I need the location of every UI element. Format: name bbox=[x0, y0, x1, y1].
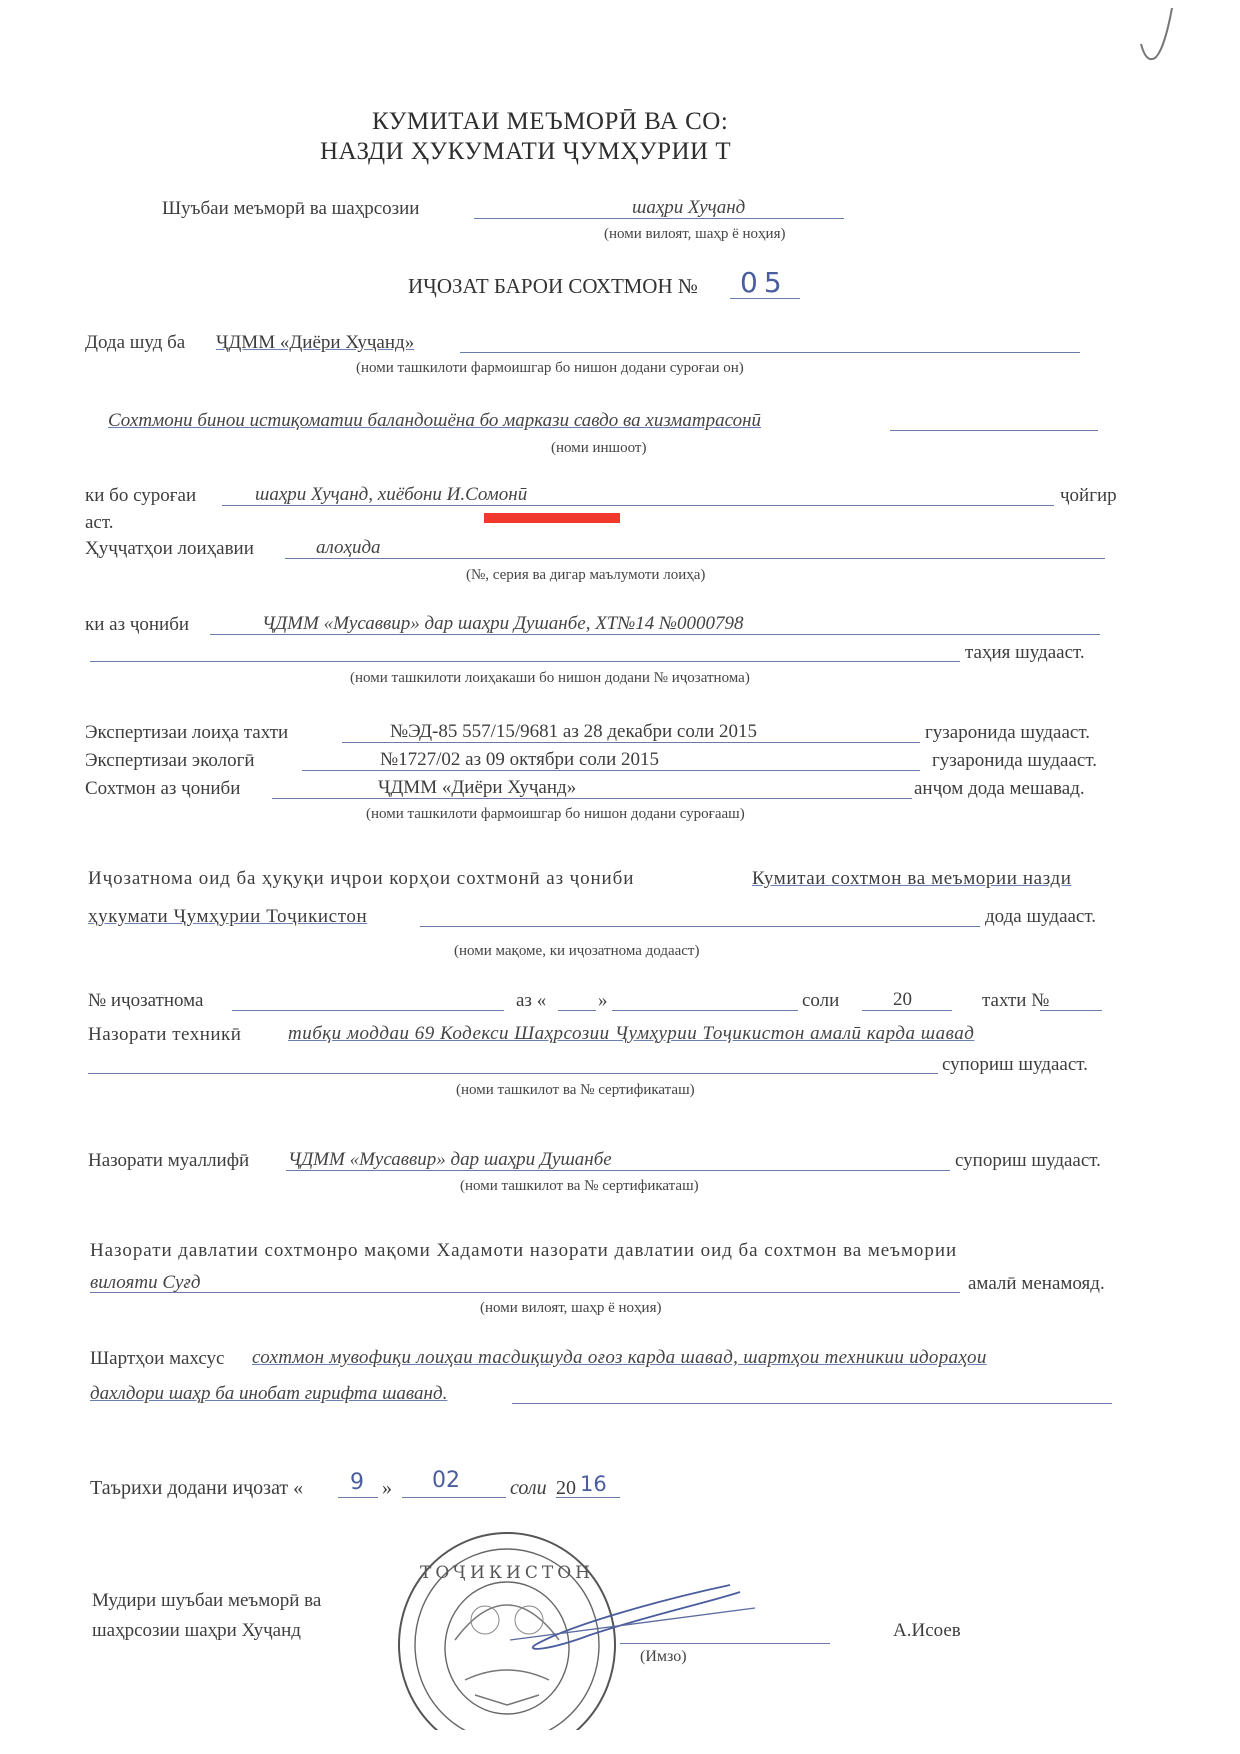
license-no-label: № иҷозатнома bbox=[88, 990, 203, 1012]
special-conditions-value-1: сохтмон мувофиқи лоиҳаи тасдиқшуда оғоз … bbox=[252, 1347, 987, 1369]
tech-supervision-caption: (номи ташкилот ва № сертификаташ) bbox=[456, 1082, 695, 1099]
redaction-bar bbox=[484, 513, 620, 523]
issue-date-close: » bbox=[382, 1477, 392, 1500]
state-supervision-text: Назорати давлатии сохтмонро мақоми Хадам… bbox=[90, 1240, 957, 1262]
license-no-year-value: 20 bbox=[893, 989, 912, 1011]
issue-date-day: 9 bbox=[350, 1470, 364, 1495]
signatory-title-2: шаҳрсозии шаҳри Хуҷанд bbox=[92, 1620, 301, 1642]
license-no-reg-label: тахти № bbox=[982, 990, 1049, 1012]
signature-caption: (Имзо) bbox=[640, 1648, 687, 1666]
signature-scribble-icon bbox=[480, 1580, 760, 1660]
author-supervision-caption: (номи ташкилот ва № сертификаташ) bbox=[460, 1178, 699, 1195]
department-caption: (номи вилоят, шаҳр ё ноҳия) bbox=[604, 226, 785, 243]
special-conditions-label: Шартҳои махсус bbox=[90, 1348, 224, 1370]
tech-supervision-suffix: супориш шудааст. bbox=[942, 1054, 1088, 1076]
address-value: шаҳри Хуҷанд, хиёбони И.Сомонӣ bbox=[255, 484, 527, 506]
expertise-eco-label: Экспертизаи экологӣ bbox=[85, 750, 255, 772]
author-supervision-suffix: супориш шудааст. bbox=[955, 1150, 1101, 1172]
license-caption: (номи мақоме, ки иҷозатнома додааст) bbox=[454, 943, 700, 960]
issue-date-year-label: соли bbox=[510, 1477, 547, 1500]
tech-supervision-value: тибқи моддаи 69 Кодекси Шаҳрсозии Ҷумҳур… bbox=[288, 1023, 974, 1045]
license-value-1: Кумитаи сохтмон ва меъмории назди bbox=[752, 868, 1072, 890]
designer-value: ҶДММ «Мусаввир» дар шаҳри Душанбе, ХТ№14… bbox=[262, 613, 743, 635]
builder-suffix: анҷом дода мешавад. bbox=[914, 778, 1085, 800]
header-line-2: НАЗДИ ҲУКУМАТИ ҶУМҲУРИИ Т bbox=[320, 138, 731, 166]
license-text: Иҷозатнома оид ба ҳуқуқи иҷрои корҳои со… bbox=[88, 868, 634, 890]
builder-value: ҶДММ «Диёри Хуҷанд» bbox=[378, 777, 576, 799]
project-docs-value: алоҳида bbox=[316, 537, 381, 559]
license-suffix: дода шудааст. bbox=[985, 906, 1096, 928]
permit-title-text: ИҶОЗАТ БАРОИ СОХТМОН № bbox=[408, 274, 698, 298]
address-suffix-2: аст. bbox=[85, 512, 114, 534]
project-docs-caption: (№, серия ва дигар маълумоти лоиҳа) bbox=[466, 567, 705, 584]
department-label: Шуъбаи меъморӣ ва шаҳрсозии bbox=[162, 198, 419, 220]
permit-title: ИҶОЗАТ БАРОИ СОХТМОН № bbox=[408, 274, 698, 299]
builder-caption: (номи ташкилоти фармоишгар бо нишон дода… bbox=[366, 806, 745, 823]
author-supervision-label: Назорати муаллифӣ bbox=[88, 1150, 249, 1172]
designer-caption: (номи ташкилоти лоиҳакаши бо нишон додан… bbox=[350, 670, 750, 687]
state-supervision-value: вилояти Суғд bbox=[90, 1272, 200, 1294]
license-no-year-label: соли bbox=[802, 990, 839, 1012]
license-value-2: ҳукумати Ҷумҳурии Тоҷикистон bbox=[88, 906, 367, 928]
issued-to-label: Дода шуд ба bbox=[85, 332, 185, 354]
tech-supervision-label: Назорати техникӣ bbox=[88, 1024, 241, 1046]
issue-date-label: Таърихи додани иҷозат « bbox=[90, 1477, 303, 1500]
designer-suffix: таҳия шудааст. bbox=[965, 642, 1085, 664]
expertise-project-label: Экспертизаи лоиҳа тахти bbox=[85, 722, 288, 744]
license-no-from: аз « bbox=[516, 990, 546, 1012]
signatory-name: А.Исоев bbox=[893, 1620, 961, 1642]
issue-date-month: 02 bbox=[432, 1468, 460, 1493]
designer-label: ки аз ҷониби bbox=[85, 614, 189, 636]
state-supervision-caption: (номи вилоят, шаҳр ё ноҳия) bbox=[480, 1300, 661, 1317]
builder-label: Сохтмон аз ҷониби bbox=[85, 778, 240, 800]
state-supervision-suffix: амалӣ менамояд. bbox=[968, 1273, 1105, 1295]
signatory-title-1: Мудири шуъбаи меъморӣ ва bbox=[92, 1590, 321, 1612]
department-value: шаҳри Хуҷанд bbox=[632, 197, 745, 219]
expertise-eco-value: №1727/02 аз 09 октябри соли 2015 bbox=[380, 749, 659, 771]
license-no-close: » bbox=[598, 990, 608, 1012]
author-supervision-value: ҶДММ «Мусаввир» дар шаҳри Душанбе bbox=[288, 1149, 612, 1171]
special-conditions-value-2: дахлдори шаҳр ба инобат гирифта шаванд. bbox=[90, 1383, 447, 1405]
issued-to-caption: (номи ташкилоти фармоишгар бо нишон дода… bbox=[356, 360, 744, 377]
object-caption: (номи иншоот) bbox=[551, 440, 646, 457]
expertise-eco-suffix: гузаронида шудааст. bbox=[932, 750, 1097, 772]
address-label: ки бо суроғаи bbox=[85, 485, 196, 507]
project-docs-label: Ҳуҷҷатҳои лоиҳавии bbox=[85, 538, 254, 560]
header-line-1: КУМИТАИ МЕЪМОРӢ ВА СО: bbox=[372, 108, 728, 136]
permit-number: 05 bbox=[740, 266, 788, 299]
object-value: Сохтмони бинои истиқоматии баландошёна б… bbox=[108, 410, 761, 432]
expertise-project-suffix: гузаронида шудааст. bbox=[925, 722, 1090, 744]
check-mark-icon bbox=[1130, 0, 1210, 70]
expertise-project-value: №ЭД-85 557/15/9681 аз 28 декабри соли 20… bbox=[390, 721, 757, 743]
address-suffix: ҷойгир bbox=[1060, 485, 1117, 507]
issued-to-value: ҶДММ «Диёри Хуҷанд» bbox=[216, 332, 414, 354]
issue-date-year-hand: 16 bbox=[580, 1472, 607, 1496]
